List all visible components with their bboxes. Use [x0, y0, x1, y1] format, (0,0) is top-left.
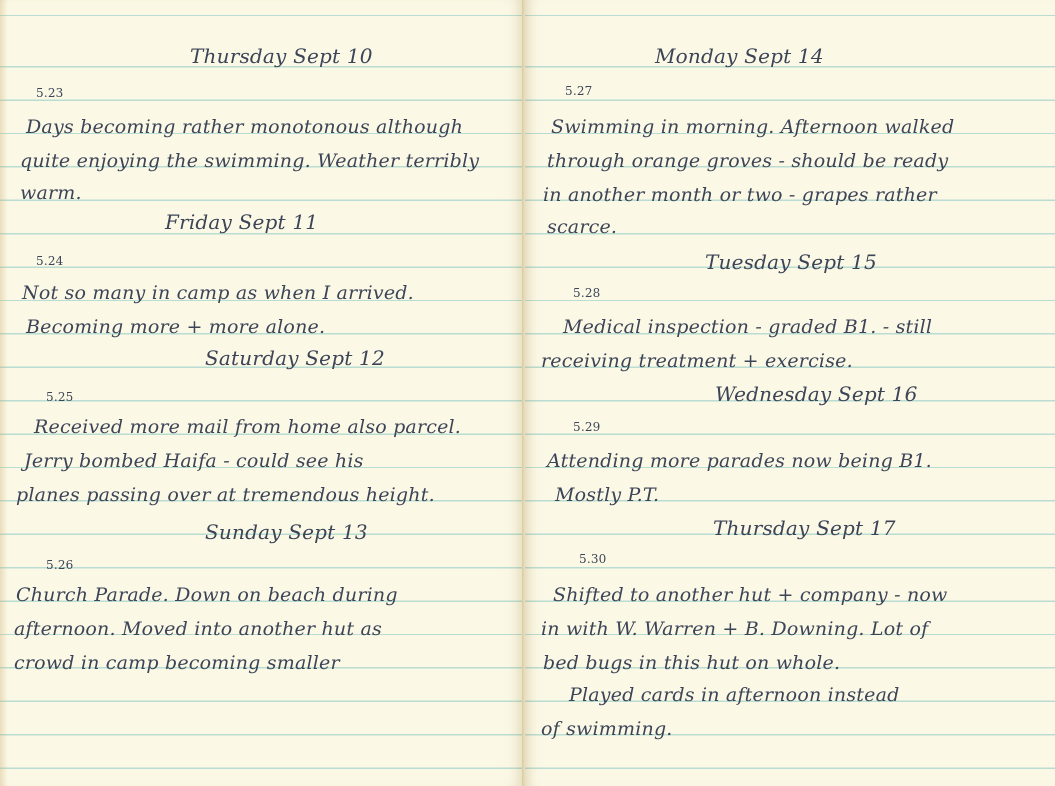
entry-line: through orange groves - should be ready — [547, 150, 948, 172]
entry-line: Mostly P.T. — [555, 484, 659, 506]
entry-line: of swimming. — [541, 718, 673, 740]
entry-line: Not so many in camp as when I arrived. — [22, 282, 414, 304]
entry-date: Thursday Sept 10 — [190, 44, 373, 68]
entry-line: Days becoming rather monotonous although — [26, 116, 463, 138]
entry-number: 5.27 — [565, 84, 593, 98]
entry-number: 5.23 — [36, 86, 64, 100]
entry-number: 5.28 — [573, 286, 601, 300]
entry-line: crowd in camp becoming smaller — [14, 652, 340, 674]
entry-date: Sunday Sept 13 — [205, 520, 368, 544]
left-page: Thursday Sept 10 5.23 Days becoming rath… — [0, 0, 525, 786]
entry-line: in another month or two - grapes rather — [543, 184, 937, 206]
entry-line: Played cards in afternoon instead — [569, 684, 899, 706]
entry-line: Received more mail from home also parcel… — [34, 416, 461, 438]
entry-date: Monday Sept 14 — [655, 44, 824, 68]
entry-number: 5.30 — [579, 552, 607, 566]
entry-line: Becoming more + more alone. — [26, 316, 325, 338]
entry-line: scarce. — [547, 216, 617, 238]
entry-line: Medical inspection - graded B1. - still — [563, 316, 932, 338]
entry-number: 5.26 — [46, 558, 74, 572]
entry-number: 5.25 — [46, 390, 74, 404]
entry-line: Shifted to another hut + company - now — [553, 584, 948, 606]
entry-date: Tuesday Sept 15 — [705, 250, 877, 274]
entry-line: Attending more parades now being B1. — [547, 450, 932, 472]
entry-line: planes passing over at tremendous height… — [16, 484, 435, 506]
entry-line: Church Parade. Down on beach during — [16, 584, 398, 606]
entry-line: afternoon. Moved into another hut as — [14, 618, 382, 640]
entry-line: bed bugs in this hut on whole. — [543, 652, 840, 674]
entry-line: in with W. Warren + B. Downing. Lot of — [541, 618, 928, 640]
entry-number: 5.24 — [36, 254, 64, 268]
entry-line: Jerry bombed Haifa - could see his — [24, 450, 364, 472]
entry-line: receiving treatment + exercise. — [541, 350, 853, 372]
entry-date: Thursday Sept 17 — [713, 516, 896, 540]
entry-date: Friday Sept 11 — [165, 210, 318, 234]
diary-spread: Thursday Sept 10 5.23 Days becoming rath… — [0, 0, 1055, 786]
entry-date: Wednesday Sept 16 — [715, 382, 918, 406]
entry-line: Swimming in morning. Afternoon walked — [551, 116, 954, 138]
entry-number: 5.29 — [573, 420, 601, 434]
entry-line: quite enjoying the swimming. Weather ter… — [20, 150, 479, 172]
right-page: Monday Sept 14 5.27 Swimming in morning.… — [525, 0, 1055, 786]
entry-date: Saturday Sept 12 — [205, 346, 385, 370]
entry-line: warm. — [20, 182, 82, 204]
